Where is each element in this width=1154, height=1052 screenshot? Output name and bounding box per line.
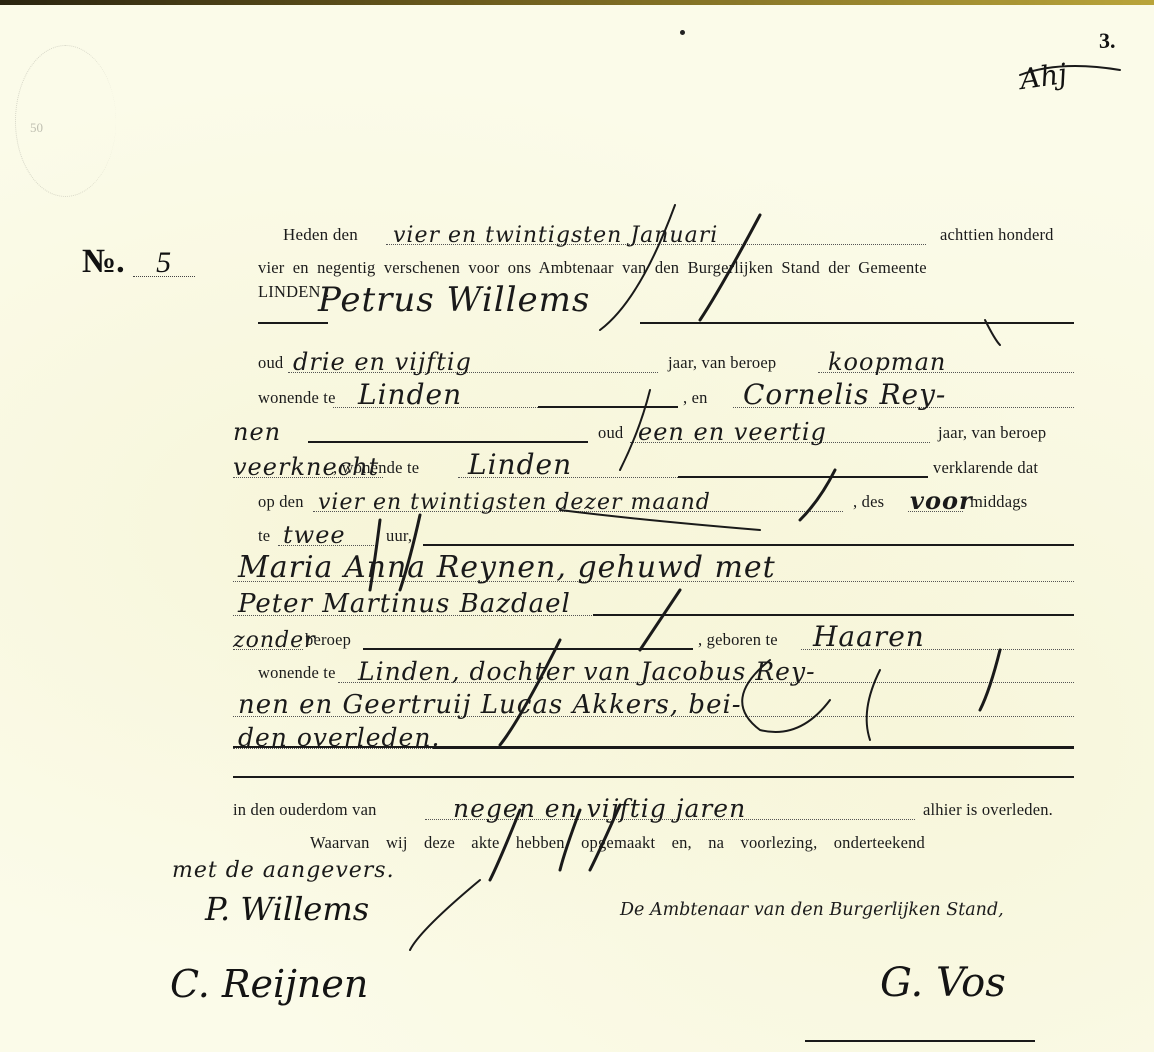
line-declarant-2-age: nen oud een en veertig jaar, van beroep xyxy=(258,413,1074,449)
printed-text: alhier is overleden. xyxy=(923,800,1053,820)
printed-text: uur, xyxy=(386,526,412,546)
stamp-number: 50 xyxy=(30,120,43,136)
line-hour: te twee uur, xyxy=(258,516,1074,552)
signature-declarant-2: C. Reijnen xyxy=(170,962,368,1006)
fill-rule xyxy=(640,322,1074,324)
scan-top-edge xyxy=(0,0,1154,5)
printed-text: in den ouderdom van xyxy=(233,800,377,820)
handwritten-hour: twee xyxy=(283,521,346,549)
line-spouse: Peter Martinus Bazdael xyxy=(233,586,1074,622)
printed-text: achttien honderd xyxy=(940,225,1054,245)
printed-text: jaar, van beroep xyxy=(938,423,1046,443)
line-date-of-death: op den vier en twintigsten dezer maand ,… xyxy=(258,482,1074,518)
handwritten-profession: zonder xyxy=(233,628,316,653)
handwritten-note: met de aangevers. xyxy=(172,858,395,883)
printed-text: wonende te xyxy=(258,663,336,683)
handwritten-residence: Linden xyxy=(358,378,462,411)
handwritten-deceased: Maria Anna Reynen, gehuwd met xyxy=(238,550,776,585)
printed-text: wonende te xyxy=(258,388,336,408)
handwritten-time: voor xyxy=(910,486,973,515)
fill-rule xyxy=(593,614,1074,616)
line-parents: nen en Geertruij Lucas Akkers, bei- xyxy=(233,687,1074,723)
fill-rule xyxy=(678,476,928,478)
fill-rule xyxy=(258,322,328,324)
line-deceased-name: Maria Anna Reynen, gehuwd met xyxy=(233,552,1074,588)
line-birthplace: zonder beroep , geboren te Haaren xyxy=(233,620,1074,656)
blank-fill-rule xyxy=(233,746,1074,748)
printed-text: , des xyxy=(853,492,884,512)
printed-text: jaar, van beroep xyxy=(668,353,776,373)
line-date: Heden den vier en twintigsten Januari ac… xyxy=(258,215,1074,251)
printed-text: , en xyxy=(683,388,708,408)
handwritten-name: Petrus Willems xyxy=(318,280,590,320)
signature-underline xyxy=(805,1040,1035,1042)
handwritten-name: Cornelis Rey- xyxy=(743,378,946,411)
handwritten-age: drie en vijftig xyxy=(293,348,472,376)
act-number-label: №. xyxy=(82,243,125,280)
line-year: vier en negentig verschenen voor ons Amb… xyxy=(258,248,1074,284)
printed-text: vier en negentig verschenen voor ons Amb… xyxy=(258,258,927,278)
page-initials: Ahj xyxy=(1018,57,1069,96)
line-age-at-death: in den ouderdom van negen en vijftig jar… xyxy=(233,790,1074,826)
fill-rule xyxy=(423,544,1074,546)
handwritten-residence: Linden xyxy=(468,448,572,481)
line-declarant-2-profession: veerknecht , wonende te Linden verklaren… xyxy=(258,448,1074,484)
line-parents-status: den overleden. xyxy=(233,719,1074,755)
line-signed-with: met de aangevers. xyxy=(172,850,672,886)
blank-fill-rule xyxy=(233,776,1074,778)
printed-text: verklarende dat xyxy=(933,458,1038,478)
handwritten-profession: koopman xyxy=(828,348,946,376)
printed-text: beroep xyxy=(305,630,351,650)
line-declarant-1-name: LINDEN : Petrus Willems xyxy=(258,280,1074,316)
printed-text: oud xyxy=(258,353,283,373)
handwritten-date: vier en twintigsten dezer maand xyxy=(318,490,711,515)
official-title: De Ambtenaar van den Burgerlijken Stand, xyxy=(620,900,1004,920)
printed-text: , wonende te xyxy=(333,458,419,478)
fill-rule xyxy=(308,441,588,443)
handwritten-spouse: Peter Martinus Bazdael xyxy=(238,589,571,619)
handwritten-age: een en veertig xyxy=(638,418,827,446)
handwritten-name: nen xyxy=(233,418,281,446)
printed-text: oud xyxy=(598,423,623,443)
act-number-value: 5 xyxy=(133,250,195,277)
handwritten-date: vier en twintigsten Januari xyxy=(393,223,718,248)
printed-text: middags xyxy=(970,492,1027,512)
printed-text: , geboren te xyxy=(698,630,778,650)
signature-declarant-1: P. Willems xyxy=(205,890,369,928)
page-number: 3. xyxy=(1099,28,1116,54)
ink-dot xyxy=(680,30,685,35)
printed-text: op den xyxy=(258,492,304,512)
line-deceased-residence: wonende te Linden, dochter van Jacobus R… xyxy=(258,653,1074,689)
handwritten-age: negen en vijftig jaren xyxy=(453,794,746,823)
line-residence: wonende te Linden , en Cornelis Rey- xyxy=(258,378,1074,414)
act-number: №.5 xyxy=(82,243,195,281)
printed-text: te xyxy=(258,526,270,546)
handwritten-residence-parents: Linden, dochter van Jacobus Rey- xyxy=(358,657,816,686)
fill-rule xyxy=(363,648,693,650)
printed-text: Heden den xyxy=(283,225,358,245)
handwritten-parents: nen en Geertruij Lucas Akkers, bei- xyxy=(238,690,742,720)
signature-official: G. Vos xyxy=(880,960,1006,1006)
line-age-profession: oud drie en vijftig jaar, van beroep koo… xyxy=(258,343,1074,379)
fill-rule xyxy=(538,406,678,408)
handwritten-birthplace: Haaren xyxy=(813,620,925,653)
